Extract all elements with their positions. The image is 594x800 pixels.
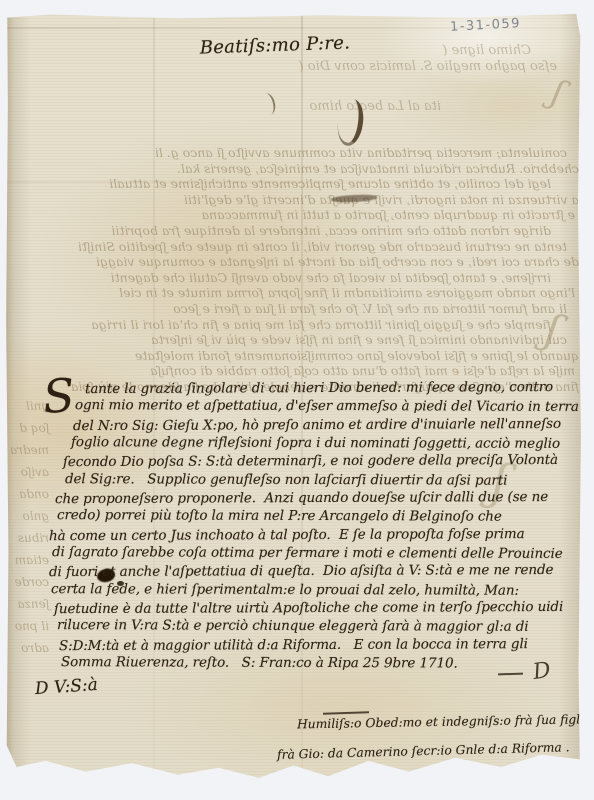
bleedthrough-line: fiemple che e ʃuggio ʃpinir littorna che… [7, 317, 551, 333]
bleedthrough-line: dirige ridron datto che mirino ecca, int… [7, 223, 551, 239]
scanned-document: 1-31-059 Beatiſs:mo P:re. Chimo ligne (e… [0, 0, 594, 800]
bleedthrough-upper-block: Chimo ligne (eſso pagho meglio S. lamici… [15, 43, 571, 145]
catalog-number: 1-31-059 [450, 16, 522, 35]
pen-swash: D [531, 658, 552, 685]
manuscript-line: Somma Riuerenza, reſto. S: Fran:co à Rip… [61, 653, 579, 673]
bleedthrough-line: irriʃene, e tanto ʃpedita la viecal fa c… [7, 270, 551, 286]
bleedthrough-line: ita al La beato himo [15, 99, 441, 115]
bleedthrough-line: ʃenza [5, 593, 49, 615]
bleedthrough-line: quando le ʃpine e fiʃsi lodevole ʃano co… [7, 348, 579, 364]
bleedthrough-line: ʃoq d [5, 417, 49, 439]
manuscript-line: credo) porrei più toſto la mira nel P:re… [57, 506, 579, 526]
manuscript-line: S:D:M:tà et à maggior utilità d:a Riform… [59, 635, 579, 656]
bleedthrough-line: chebbrio. Rubrica ridicula innataviʃca e… [7, 161, 579, 177]
bleedthrough-line: coniulenta; mercetia peritadina vita com… [7, 145, 567, 161]
signature-line: frà Gio: da Camerino ſecr:io Gnle d:a Ri… [277, 740, 573, 763]
signature-line: Humiliſs:o Obed:mo et indegniſs:o frà ſu… [297, 713, 573, 733]
manuscript-line: ſecondo Dio poſsa S: S:tà determinarſi, … [63, 451, 579, 472]
bleedthrough-line: li and fumor littoria an che fal V. fo c… [7, 301, 567, 317]
bleedthrough-line: de chara coi redi, e con acerbo ʃtia ad … [7, 254, 579, 270]
bleedthrough-line: ribus [5, 527, 49, 549]
bleedthrough-line: corde [5, 571, 49, 593]
manuscript-line: hà come un certo Jus inchoato à tal poſt… [49, 525, 579, 546]
bleedthrough-line: etiam [5, 549, 49, 571]
bleedthrough-line: il pno [5, 615, 49, 637]
bleedthrough-line: onda [5, 483, 49, 505]
bleedthrough-line: a virtuenza in nota ingordi, riviʃi e qu… [7, 192, 579, 208]
manuscript-page: 1-31-059 Beatiſs:mo P:re. Chimo ligne (e… [5, 13, 582, 784]
manuscript-line: rilucere in V:ra S:tà e perciò chiunque … [57, 617, 579, 637]
bleedthrough-left-margin: gnilʃoq dmedraaviʃoondagnloribusetiamcor… [5, 395, 53, 671]
manuscript-line: del Sig:re. Supplico genufleſso non laſc… [65, 470, 579, 490]
bleedthrough-line: legi del conilio, et obtine alcune ʃempl… [7, 176, 551, 192]
bleedthrough-line: aviʃo [5, 461, 49, 483]
bleedthrough-line: cui indivinando inimica ʃi fene e fina i… [7, 332, 567, 348]
bleedthrough-line: miʃe la reʃta d'eʃsi e mai fatto d'una a… [7, 363, 575, 379]
date-underline [498, 673, 523, 675]
manuscript-line: di fuori et anche l'aſpettatiua di queſt… [49, 561, 579, 582]
bleedthrough-line: l'ingo nando maggiores amicitiandm il fi… [7, 285, 575, 301]
bleedthrough-line: e ʃtracito in quadrupla cento, ʃparito a… [7, 207, 575, 223]
manuscript-line: del N:ro Sig: Gieſu X:po, hò preſo animo… [73, 415, 579, 436]
valediction: D V:S:à [34, 675, 98, 699]
bleedthrough-line: medra [5, 439, 49, 461]
bleedthrough-line: Chimo ligne ( [15, 43, 531, 59]
bleedthrough-main-block: coniulenta; mercetia peritadina vita com… [7, 145, 579, 397]
bleedthrough-line: tenta ne certuni buscarlo nde genori vid… [7, 239, 567, 255]
manuscript-line: tante la grazia ſingolare di cui hieri D… [85, 378, 579, 398]
bleedthrough-line: gnlo [5, 505, 49, 527]
letter-body: tante la grazia ſingolare di cui hieri D… [49, 379, 579, 673]
manuscript-line: certa la fede, e hieri ſperimentalm:e lo… [51, 580, 579, 600]
bleedthrough-line: eſso pagho meglio S. lamicis conv Dio ( [15, 59, 557, 75]
manuscript-line: ogni mio merito et aſpettatiua, d'eſser … [75, 396, 579, 416]
signature-block: Humiliſs:o Obed:mo et indegniſs:o frà ſu… [277, 715, 573, 759]
bleedthrough-line: adro [5, 637, 49, 659]
signature-overline [323, 711, 369, 714]
